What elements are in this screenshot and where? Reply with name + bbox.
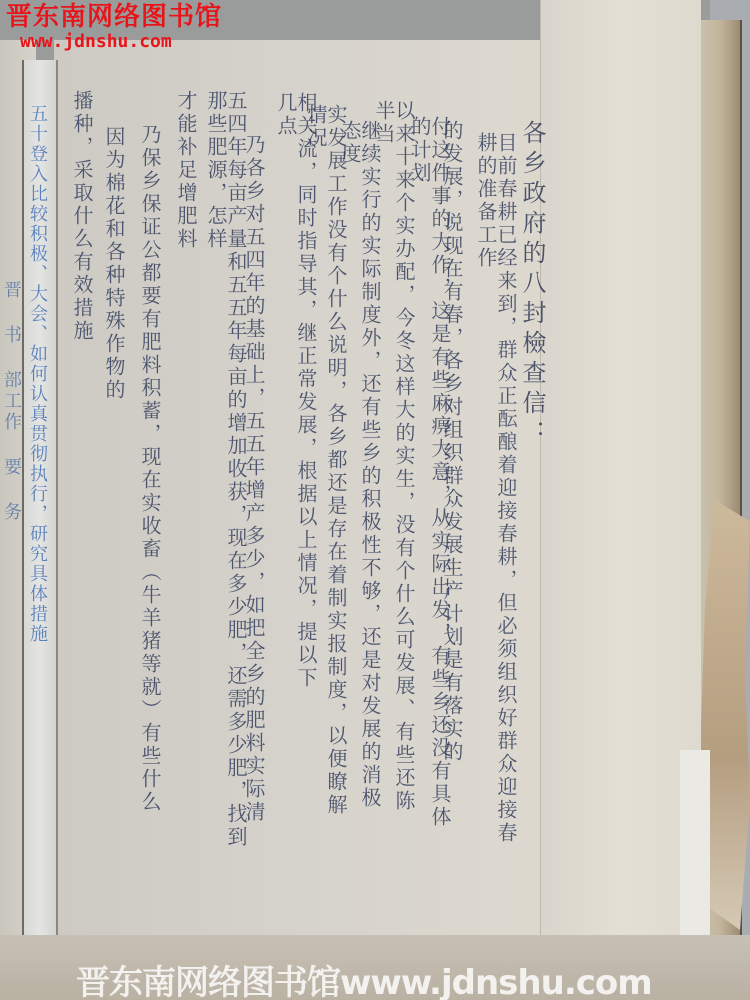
text-column-9: 五四年每亩产量和五五年每亩的增加收获，现在多少肥，还需多少肥，找到那些肥源，怎样	[206, 90, 246, 860]
watermark-top: 晋东南网络图书馆 www.jdnshu.com	[6, 2, 222, 52]
watermark-url: www.jdnshu.com	[6, 32, 222, 52]
text-column-13: 播种，采取什么有效措施	[72, 90, 92, 810]
text-column-3: 付这件事的大作，这是有些麻痹大意，从实际出发，有些乡还没有具体的计划	[410, 116, 450, 836]
paper-edge-strip	[680, 750, 710, 950]
left-strip-text: 五十登入比较积极、大会、如何认真贯彻执行，研究具体措施	[28, 104, 46, 944]
text-column-11: 乃保乡保证公都要有肥料积蓄，现在实收畜（牛羊猪等就）有些什么	[140, 124, 160, 844]
watermark-site-name: 晋东南网络图书馆	[6, 2, 222, 32]
left-paper-strip: 五十登入比较积极、大会、如何认真贯彻执行，研究具体措施	[22, 60, 58, 960]
watermark-bottom: 晋东南网络图书馆www.jdnshu.com	[76, 955, 652, 1000]
text-column-12: 因为棉花和各种特殊作物的	[104, 126, 124, 846]
text-column-10: 才能补足增肥料	[176, 90, 196, 290]
text-column-1: 目前春耕已经来到，群众正酝酿着迎接春耕，但必须组织好群众迎接春耕的准备工作	[476, 132, 516, 852]
folded-blank-page	[540, 0, 701, 960]
photo-scene: 五十登入比较积极、大会、如何认真贯彻执行，研究具体措施 晋 书 部工作 要 务 …	[0, 0, 750, 1000]
text-column-7: 相关流，同时指导其，继正常发展，根据以上情况，提以下几点	[276, 92, 316, 692]
document-title: 各乡政府的八封檢查信：	[520, 120, 544, 450]
left-edge-text: 晋 书 部工作 要 务	[2, 280, 20, 680]
